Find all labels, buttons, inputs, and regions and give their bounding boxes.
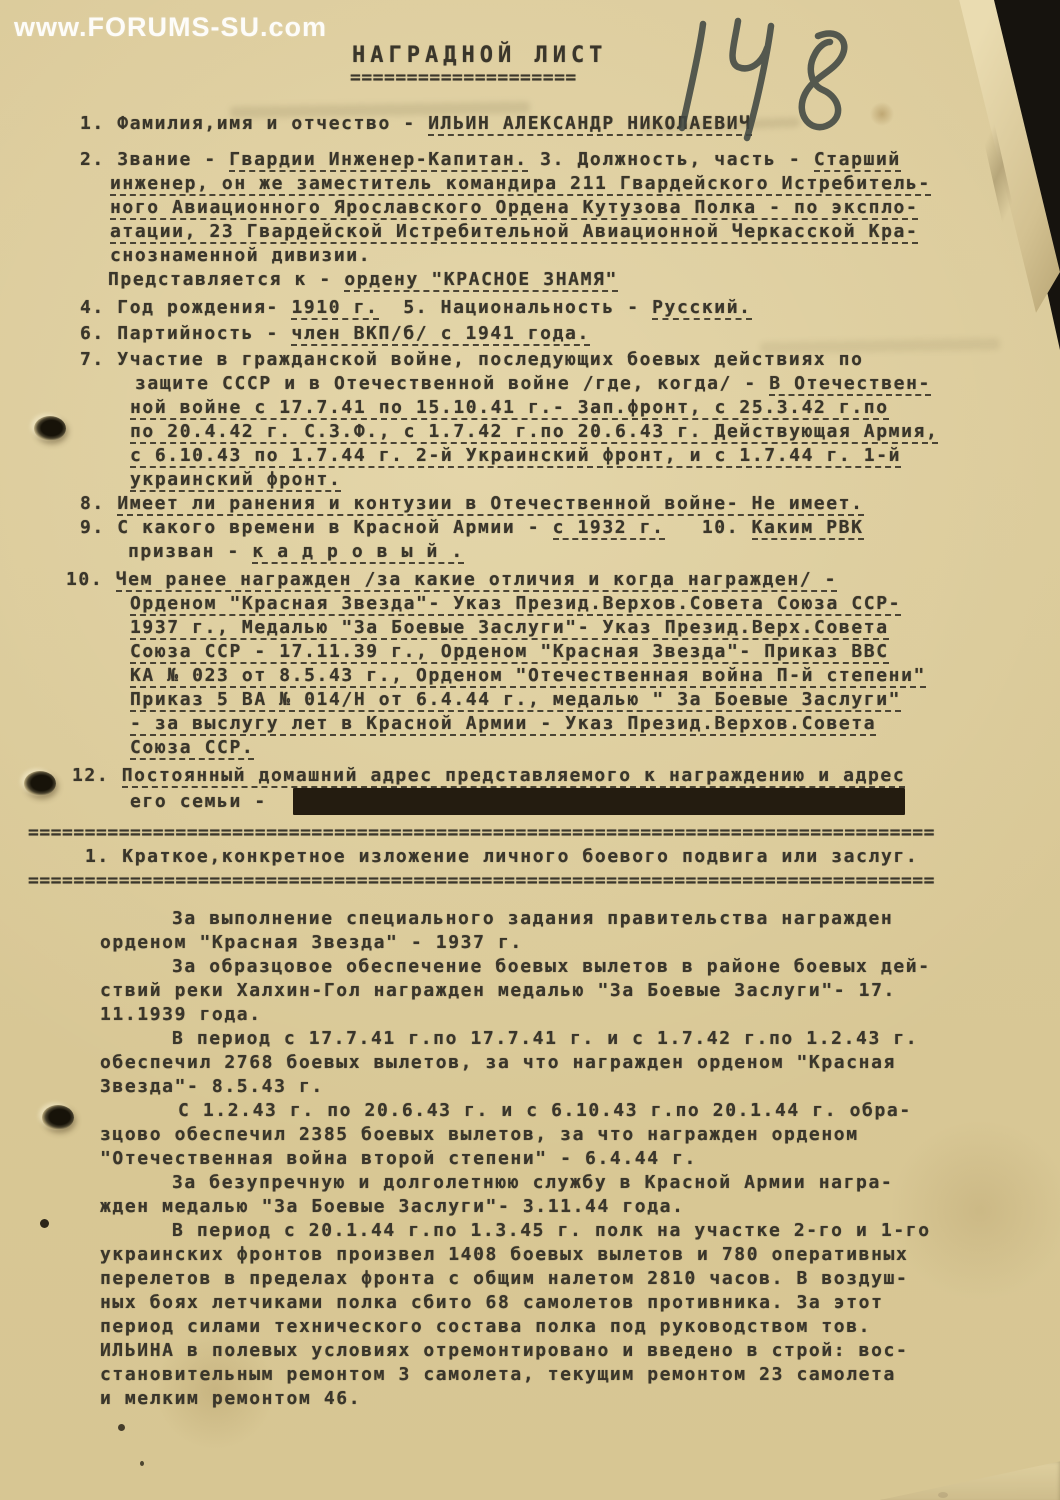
document-line: 11.1939 года. (0, 1003, 1060, 1027)
document-line: За выполнение специального задания прави… (0, 907, 1060, 931)
document-line: 10. Чем ранее награжден /за какие отличи… (0, 568, 1060, 592)
text-segment: 1. Краткое,конкретное изложение личного … (85, 846, 918, 867)
text-segment: Союза ССР - 17.11.39 г., Орденом "Красна… (130, 641, 889, 664)
text-segment: ствий реки Халхин-Гол награжден медалью … (100, 980, 896, 1001)
text-segment: 10. (66, 569, 116, 590)
text-segment: 2. Звание - (80, 149, 229, 170)
digit-1-stroke (682, 24, 703, 128)
document-line: "Отечественная война второй степени" - 6… (0, 1147, 1060, 1171)
document-line: украинский фронт. (0, 468, 1060, 492)
text-segment: 8. (80, 493, 117, 514)
text-segment: 9. С какого времени в Красной Армии - (80, 517, 553, 538)
text-segment: становительным ремонтом 3 самолета, теку… (100, 1364, 896, 1385)
document-line: и мелким ремонтом 46. (0, 1387, 1060, 1411)
text-segment: 4. Год рождения- (80, 297, 291, 318)
digit-4-stem-stroke (747, 26, 771, 138)
document-line: 8. Имеет ли ранения и контузии в Отечест… (0, 492, 1060, 516)
text-segment: его семьи - (130, 791, 279, 812)
punch-hole (24, 771, 56, 796)
document-line: В период с 20.1.44 г.по 1.3.45 г. полк н… (0, 1219, 1060, 1243)
scanned-document-page: НАГРАДНОЙ ЛИСТ====================1. Фам… (0, 0, 1060, 1500)
text-segment: Русский. (652, 297, 752, 320)
document-line: За безупречную и долголетнюю службу в Кр… (0, 1171, 1060, 1195)
document-line: ного Авиационного Ярославского Ордена Ку… (0, 196, 1060, 220)
text-segment: 1937 г., Медалью "За Боевые Заслуги"- Ук… (130, 617, 889, 640)
text-segment: Чем ранее награжден /за какие отличия и … (116, 569, 837, 592)
text-segment: За безупречную и долголетнюю службу в Кр… (172, 1172, 893, 1193)
document-line: Союза ССР. (0, 736, 1060, 760)
document-line: В период с 17.7.41 г.по 17.7.41 г. и с 1… (0, 1027, 1060, 1051)
text-segment: ных боях летчиками полка сбито 68 самоле… (100, 1292, 884, 1313)
document-line: 9. С какого времени в Красной Армии - с … (0, 516, 1060, 540)
text-segment: Постоянный домашний адрес представляемог… (122, 765, 906, 788)
text-segment: ИЛЬИНА в полевых условиях отремонтирован… (100, 1340, 908, 1361)
document-line: 1. Фамилия,имя и отчество - ИЛЬИН АЛЕКСА… (0, 112, 1060, 136)
text-segment: жден медалью "За Боевые Заслуги"- 3.11.4… (100, 1196, 685, 1217)
text-segment: снознаменной дивизии. (110, 245, 371, 266)
text-segment: с 1932 г. (553, 517, 665, 540)
text-segment: ========================================… (28, 822, 935, 843)
digit-4-stroke (733, 21, 767, 68)
text-segment: ордену "КРАСНОЕ ЗНАМЯ" (344, 269, 618, 292)
document-line: 1937 г., Медалью "За Боевые Заслуги"- Ук… (0, 616, 1060, 640)
document-line: 2. Звание - Гвардии Инженер-Капитан. 3. … (0, 148, 1060, 172)
document-line: с 6.10.43 по 1.7.44 г. 2-й Украинский фр… (0, 444, 1060, 468)
document-line: Представляется к - ордену "КРАСНОЕ ЗНАМЯ… (0, 268, 1060, 292)
text-segment: 12. (72, 765, 122, 786)
text-segment: ==================== (350, 67, 577, 88)
text-segment: В период с 20.1.44 г.по 1.3.45 г. полк н… (172, 1220, 931, 1241)
document-line: 7. Участие в гражданской войне, последую… (0, 348, 1060, 372)
text-segment: 11.1939 года. (100, 1004, 262, 1025)
document-line: С 1.2.43 г. по 20.6.43 г. и с 6.10.43 г.… (0, 1099, 1060, 1123)
punch-hole (34, 416, 66, 441)
text-segment: украинский фронт. (130, 469, 341, 492)
ink-speck (40, 1219, 49, 1228)
text-segment: Союза ССР. (130, 737, 254, 760)
text-segment: Звезда"- 8.5.43 г. (100, 1076, 324, 1097)
text-segment: ========================================… (28, 870, 935, 891)
watermark-text: www.FORUMS-SU.com (14, 12, 327, 43)
document-line: по 20.4.42 г. С.З.Ф., с 1.7.42 г.по 20.6… (0, 420, 1060, 444)
document-line: Союза ССР - 17.11.39 г., Орденом "Красна… (0, 640, 1060, 664)
document-lines: НАГРАДНОЙ ЛИСТ====================1. Фам… (0, 44, 1060, 1411)
document-line: Звезда"- 8.5.43 г. (0, 1075, 1060, 1099)
ink-speck (118, 1424, 125, 1431)
text-segment: КА № 023 от 8.5.43 г., Орденом "Отечеств… (130, 665, 926, 688)
document-line: призван - к а д р о в ы й . (0, 540, 1060, 564)
text-segment: 1. Фамилия,имя и отчество - (80, 113, 428, 134)
document-line: атации, 23 Гвардейской Истребительной Ав… (0, 220, 1060, 244)
text-segment: - за выслугу лет в Красной Армии - Указ … (130, 713, 876, 736)
digit-8-stroke (802, 33, 845, 127)
document-title: НАГРАДНОЙ ЛИСТ (0, 44, 1060, 68)
text-segment: инженер, он же заместитель командира 211… (110, 173, 931, 196)
document-line: перелетов в пределах фронта с общим нале… (0, 1267, 1060, 1291)
document-line: его семьи - (0, 788, 1060, 815)
text-segment: украинских фронтов произвел 1408 боевых … (100, 1244, 908, 1265)
document-line: ной войне с 17.7.41 по 15.10.41 г.- Зап.… (0, 396, 1060, 420)
text-segment: За образцовое обеспечение боевых вылетов… (172, 956, 931, 977)
document-line: 12. Постоянный домашний адрес представля… (0, 764, 1060, 788)
document-line: инженер, он же заместитель командира 211… (0, 172, 1060, 196)
document-line: 4. Год рождения- 1910 г. 5. Национальнос… (0, 296, 1060, 320)
text-segment: Приказ 5 ВА № 014/Н от 6.4.44 г., медаль… (130, 689, 901, 712)
text-segment: зцово обеспечил 2385 боевых вылетов, за … (100, 1124, 859, 1145)
section-heading: 1. Краткое,конкретное изложение личного … (0, 845, 1060, 869)
document-line: украинских фронтов произвел 1408 боевых … (0, 1243, 1060, 1267)
text-segment: 6. Партийность - (80, 323, 291, 344)
redaction-bar (293, 788, 905, 815)
text-segment: и мелким ремонтом 46. (100, 1388, 361, 1409)
text-segment: 7. Участие в гражданской войне, последую… (80, 349, 864, 370)
document-line: снознаменной дивизии. (0, 244, 1060, 268)
text-segment: "Отечественная война второй степени" - 6… (100, 1148, 697, 1169)
text-segment: За выполнение специального задания прави… (172, 908, 893, 929)
document-line: ствий реки Халхин-Гол награжден медалью … (0, 979, 1060, 1003)
document-line: ных боях летчиками полка сбито 68 самоле… (0, 1291, 1060, 1315)
document-line: Приказ 5 ВА № 014/Н от 6.4.44 г., медаль… (0, 688, 1060, 712)
page-number-handwritten (668, 6, 858, 146)
document-line: ИЛЬИНА в полевых условиях отремонтирован… (0, 1339, 1060, 1363)
document-line: обеспечил 2768 боевых вылетов, за что на… (0, 1051, 1060, 1075)
document-line: период силами технического состава полка… (0, 1315, 1060, 1339)
document-line: 6. Партийность - член ВКП/б/ с 1941 года… (0, 322, 1060, 346)
text-segment: атации, 23 Гвардейской Истребительной Ав… (110, 221, 918, 244)
text-segment: член ВКП/б/ с 1941 года. (291, 323, 590, 346)
document-line: орденом "Красная Звезда" - 1937 г. (0, 931, 1060, 955)
text-segment: 5. Национальность - (379, 297, 653, 318)
document-line: жден медалью "За Боевые Заслуги"- 3.11.4… (0, 1195, 1060, 1219)
text-segment: Имеет ли ранения и контузии в Отечествен… (117, 493, 863, 516)
title-underline: ==================== (0, 66, 1060, 90)
text-segment: НАГРАДНОЙ ЛИСТ (352, 43, 607, 68)
document-line: - за выслугу лет в Красной Армии - Указ … (0, 712, 1060, 736)
text-segment: В Отечествен- (769, 373, 931, 396)
document-line: За образцовое обеспечение боевых вылетов… (0, 955, 1060, 979)
text-segment: Гвардии Инженер-Капитан. (229, 149, 528, 172)
text-segment: В период с 17.7.41 г.по 17.7.41 г. и с 1… (172, 1028, 918, 1049)
text-segment: ной войне с 17.7.41 по 15.10.41 г.- Зап.… (130, 397, 889, 420)
document-line: зцово обеспечил 2385 боевых вылетов, за … (0, 1123, 1060, 1147)
section-separator: ========================================… (0, 869, 1060, 893)
punch-hole (42, 1105, 74, 1130)
text-segment: перелетов в пределах фронта с общим нале… (100, 1268, 908, 1289)
text-segment: по 20.4.42 г. С.З.Ф., с 1.7.42 г.по 20.6… (130, 421, 938, 444)
text-segment: к а д р о в ы й . (252, 541, 463, 564)
document-line: становительным ремонтом 3 самолета, теку… (0, 1363, 1060, 1387)
document-line: защите СССР и в Отечественной войне /где… (0, 372, 1060, 396)
text-segment: Каким РВК (752, 517, 864, 540)
text-segment: Орденом "Красная Звезда"- Указ Презид.Ве… (130, 593, 901, 616)
text-segment: 3. Должность, часть - (528, 149, 814, 170)
text-segment: орденом "Красная Звезда" - 1937 г. (100, 932, 523, 953)
bottom-corner-fold (880, 1458, 1060, 1500)
text-segment: Представляется к - (108, 269, 344, 290)
text-segment: защите СССР и в Отечественной войне /где… (135, 373, 769, 394)
text-segment: обеспечил 2768 боевых вылетов, за что на… (100, 1052, 896, 1073)
document-line: КА № 023 от 8.5.43 г., Орденом "Отечеств… (0, 664, 1060, 688)
text-segment: призван - (128, 541, 252, 562)
text-segment: ного Авиационного Ярославского Ордена Ку… (110, 197, 918, 220)
text-segment: период силами технического состава полка… (100, 1316, 871, 1337)
text-segment: 1910 г. (291, 297, 378, 320)
section-separator: ========================================… (0, 821, 1060, 845)
text-segment: с 6.10.43 по 1.7.44 г. 2-й Украинский фр… (130, 445, 901, 468)
text-segment: 10. (665, 517, 752, 538)
ink-speck (140, 1461, 144, 1466)
text-segment: Старший (814, 149, 901, 172)
text-segment: С 1.2.43 г. по 20.6.43 г. и с 6.10.43 г.… (178, 1100, 912, 1121)
document-line: Орденом "Красная Звезда"- Указ Презид.Ве… (0, 592, 1060, 616)
